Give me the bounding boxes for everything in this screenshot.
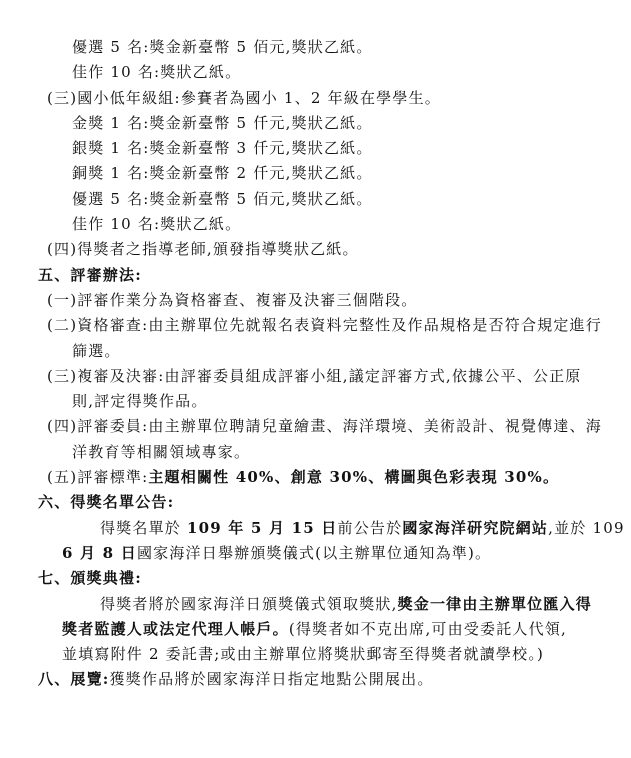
text-segment: 七、頒獎典禮:: [38, 569, 142, 587]
text-segment: 109 年 5 月 15 日: [187, 519, 338, 537]
document-line: 並填寫附件 2 委託書;或由主辦單位將獎狀郵寄至得獎者就讀學校。): [62, 642, 631, 667]
document-line: 佳作 10 名:獎狀乙紙。: [72, 212, 631, 237]
text-segment: (二)資格審查:由主辦單位先就報名表資料完整性及作品規格是否符合規定進行: [47, 316, 602, 334]
text-segment: 得獎者將於國家海洋日頒獎儀式領取獎狀,: [100, 595, 398, 613]
document-line: 優選 5 名:獎金新臺幣 5 佰元,獎狀乙紙。: [72, 35, 631, 60]
document-line: 洋教育等相關領域專家。: [72, 440, 631, 465]
document-line: (四)得獎者之指導老師,頒發指導獎狀乙紙。: [47, 237, 631, 262]
text-segment: (三)複審及決審:由評審委員組成評審小組,議定評審方式,依據公平、公正原: [47, 367, 582, 385]
document-line: 銀獎 1 名:獎金新臺幣 3 仟元,獎狀乙紙。: [72, 136, 631, 161]
text-segment: 6 月 8 日: [62, 544, 137, 562]
text-segment: 篩選。: [72, 342, 121, 360]
document-line: 八、展覽:獲獎作品將於國家海洋日指定地點公開展出。: [38, 667, 631, 692]
document-line: 優選 5 名:獎金新臺幣 5 佰元,獎狀乙紙。: [72, 187, 631, 212]
document-page: 優選 5 名:獎金新臺幣 5 佰元,獎狀乙紙。佳作 10 名:獎狀乙紙。(三)國…: [0, 0, 631, 758]
text-segment: 得獎名單於: [100, 519, 187, 537]
text-segment: 金獎 1 名:獎金新臺幣 5 仟元,獎狀乙紙。: [72, 114, 373, 132]
text-segment: 八、展覽:: [38, 670, 110, 688]
document-line: 得獎者將於國家海洋日頒獎儀式領取獎狀,獎金一律由主辦單位匯入得: [100, 592, 631, 617]
document-line: 五、評審辦法:: [38, 263, 631, 288]
text-segment: (四)得獎者之指導老師,頒發指導獎狀乙紙。: [47, 240, 359, 258]
document-line: 金獎 1 名:獎金新臺幣 5 仟元,獎狀乙紙。: [72, 111, 631, 136]
text-segment: 佳作 10 名:獎狀乙紙。: [72, 63, 241, 81]
document-line: (一)評審作業分為資格審查、複審及決審三個階段。: [47, 288, 631, 313]
text-segment: 優選 5 名:獎金新臺幣 5 佰元,獎狀乙紙。: [72, 190, 373, 208]
text-segment: 洋教育等相關領域專家。: [72, 443, 250, 461]
text-segment: (三)國小低年級組:參賽者為國小 1、2 年級在學學生。: [47, 89, 441, 107]
text-segment: 前公告於: [338, 519, 403, 537]
text-segment: 國家海洋研究院網站: [402, 519, 548, 537]
document-line: 篩選。: [72, 339, 631, 364]
text-segment: 並填寫附件 2 委託書;或由主辦單位將獎狀郵寄至得獎者就讀學校。): [62, 645, 544, 663]
text-segment: 六、得獎名單公告:: [38, 493, 174, 511]
text-segment: (一)評審作業分為資格審查、複審及決審三個階段。: [47, 291, 418, 309]
document-line: 佳作 10 名:獎狀乙紙。: [72, 60, 631, 85]
document-line: (二)資格審查:由主辦單位先就報名表資料完整性及作品規格是否符合規定進行: [47, 313, 631, 338]
text-segment: 獎金一律由主辦單位匯入得: [398, 595, 592, 613]
document-line: 得獎名單於 109 年 5 月 15 日前公告於國家海洋研究院網站,並於 109…: [100, 516, 631, 541]
document-line: (五)評審標準:主題相關性 40%、創意 30%、構圖與色彩表現 30%。: [47, 465, 631, 490]
document-line: 六、得獎名單公告:: [38, 490, 631, 515]
text-segment: (五)評審標準:: [47, 468, 148, 486]
text-segment: 國家海洋日舉辦頒獎儀式(以主辦單位通知為準)。: [137, 544, 491, 562]
text-segment: 優選 5 名:獎金新臺幣 5 佰元,獎狀乙紙。: [72, 38, 373, 56]
text-segment: 銅獎 1 名:獎金新臺幣 2 仟元,獎狀乙紙。: [72, 164, 373, 182]
text-segment: 銀獎 1 名:獎金新臺幣 3 仟元,獎狀乙紙。: [72, 139, 373, 157]
document-line: (三)國小低年級組:參賽者為國小 1、2 年級在學學生。: [47, 86, 631, 111]
text-segment: ,並於 109 年: [548, 519, 631, 537]
document-line: 銅獎 1 名:獎金新臺幣 2 仟元,獎狀乙紙。: [72, 161, 631, 186]
document-line: (四)評審委員:由主辦單位聘請兒童繪畫、海洋環境、美術設計、視覺傳達、海: [47, 414, 631, 439]
document-line: 七、頒獎典禮:: [38, 566, 631, 591]
document-line: 6 月 8 日國家海洋日舉辦頒獎儀式(以主辦單位通知為準)。: [62, 541, 631, 566]
text-segment: 佳作 10 名:獎狀乙紙。: [72, 215, 241, 233]
document-line: 則,評定得獎作品。: [72, 389, 631, 414]
document-lines: 優選 5 名:獎金新臺幣 5 佰元,獎狀乙紙。佳作 10 名:獎狀乙紙。(三)國…: [0, 35, 631, 693]
text-segment: 則,評定得獎作品。: [72, 392, 208, 410]
text-segment: 主題相關性 40%、創意 30%、構圖與色彩表現 30%。: [148, 468, 559, 486]
text-segment: (四)評審委員:由主辦單位聘請兒童繪畫、海洋環境、美術設計、視覺傳達、海: [47, 417, 602, 435]
document-line: 獎者監護人或法定代理人帳戶。(得獎者如不克出席,可由受委託人代領,: [62, 617, 631, 642]
text-segment: 獎者監護人或法定代理人帳戶。: [62, 620, 289, 638]
document-line: (三)複審及決審:由評審委員組成評審小組,議定評審方式,依據公平、公正原: [47, 364, 631, 389]
text-segment: 五、評審辦法:: [38, 266, 142, 284]
text-segment: (得獎者如不克出席,可由受委託人代領,: [289, 620, 567, 638]
text-segment: 獲獎作品將於國家海洋日指定地點公開展出。: [110, 670, 434, 688]
